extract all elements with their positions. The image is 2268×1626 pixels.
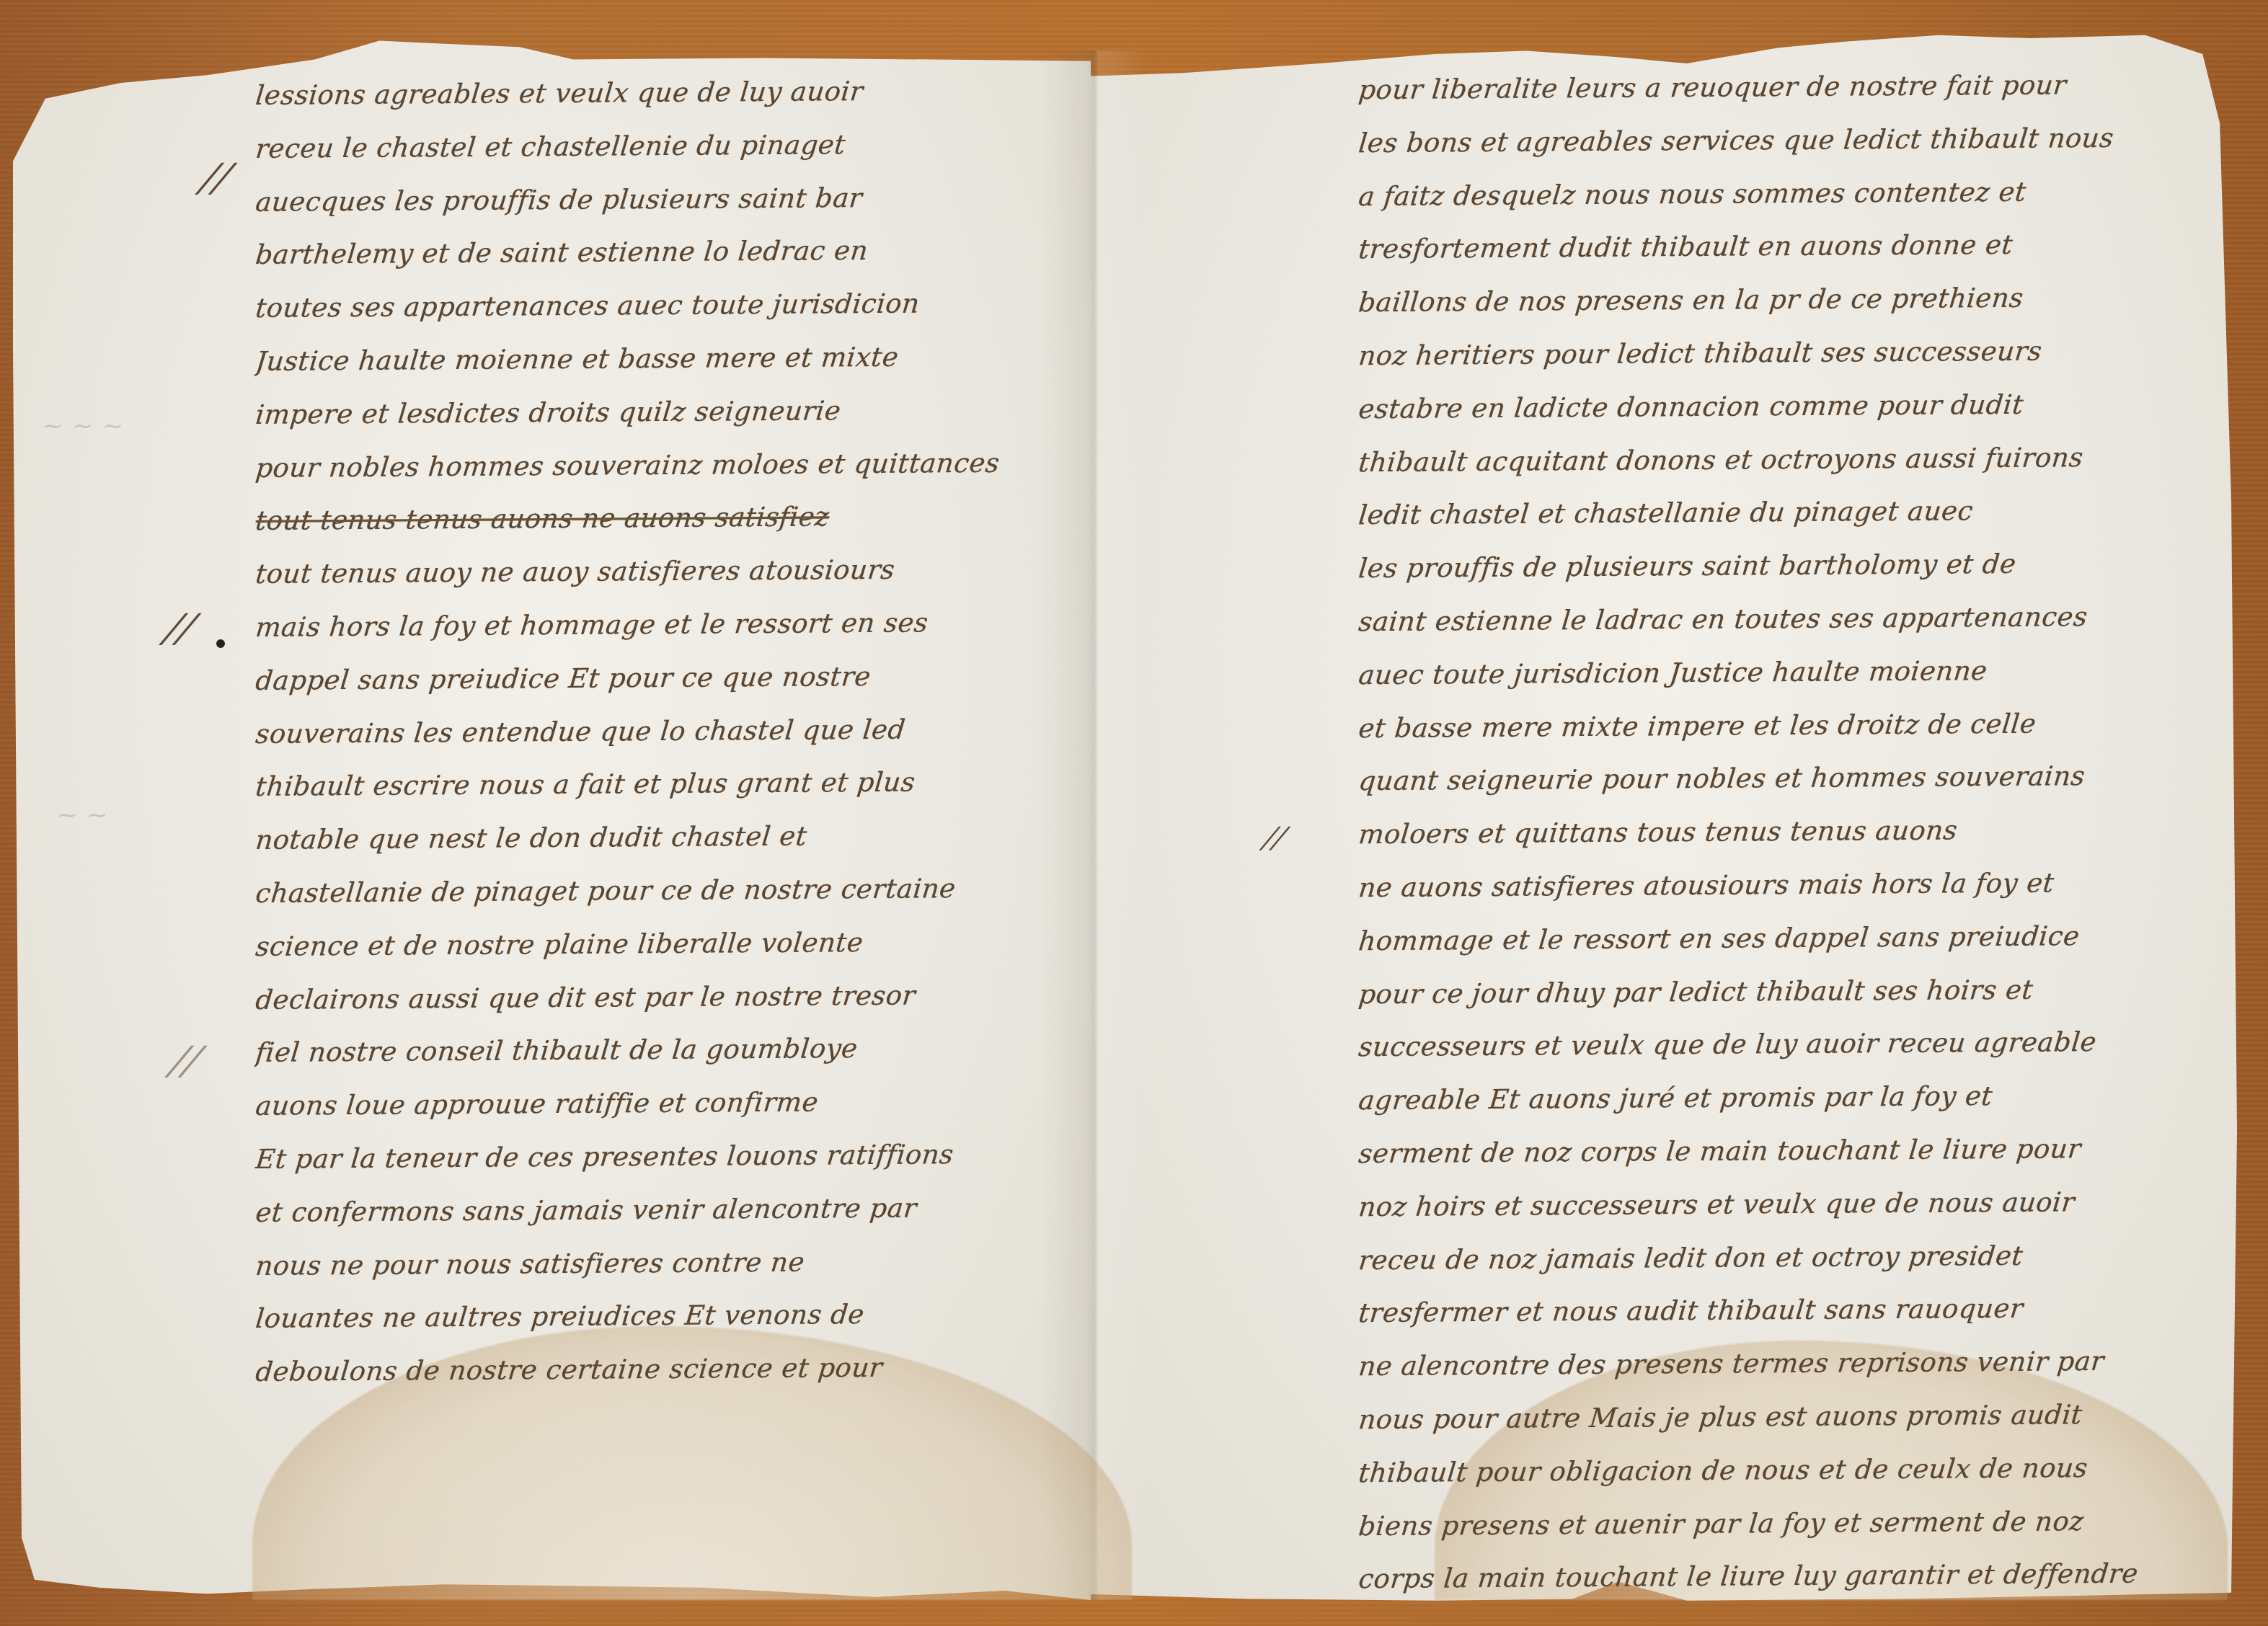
manuscript-line: et basse mere mixte impere et les droitz… [1356, 696, 2231, 755]
manuscript-line: baillons de nos presens en la pr de ce p… [1356, 270, 2231, 329]
manuscript-line: tresfortement dudit thibault en auons do… [1356, 217, 2231, 276]
ink-dot-mark [216, 639, 225, 648]
manuscript-line: moloers et quittans tous tenus tenus auo… [1356, 802, 2231, 861]
manuscript-line: ne alencontre des presens termes repriso… [1356, 1334, 2231, 1393]
manuscript-line: dappel sans preiudice Et pour ce que nos… [253, 649, 1073, 708]
manuscript-line: declairons aussi que dit est par le nost… [253, 968, 1073, 1027]
manuscript-line: hommage et le ressort en ses dappel sans… [1356, 909, 2231, 968]
manuscript-line: ne auons satisfieres atousiours mais hor… [1356, 856, 2231, 915]
manuscript-line: receu de noz jamais ledit don et octroy … [1356, 1227, 2231, 1287]
right-page-text-block: pour liberalite leurs a reuoquer de nost… [1359, 61, 2228, 1603]
manuscript-line: impere et lesdictes droits quilz seigneu… [253, 383, 1073, 442]
manuscript-line: tresfermer et nous audit thibault sans r… [1356, 1281, 2231, 1340]
manuscript-line: a faitz desquelz nous nous sommes conten… [1356, 164, 2231, 223]
show-through-ink: ~ ~ ~ [42, 411, 123, 440]
manuscript-line: souverains les entendue que lo chastel q… [253, 702, 1073, 761]
manuscript-line: estabre en ladicte donnacion comme pour … [1356, 377, 2231, 436]
manuscript-line: lessions agreables et veulx que de luy a… [253, 63, 1073, 123]
left-page-text-block: lessions agreables et veulx que de luy a… [256, 66, 1071, 1396]
manuscript-line: thibault pour obligacion de nous et de c… [1356, 1441, 2231, 1500]
manuscript-line: thibault escrire nous a fait et plus gra… [253, 755, 1073, 814]
manuscript-line: notable que nest le don dudit chastel et [253, 808, 1073, 867]
manuscript-line: ledit chastel et chastellanie du pinaget… [1356, 483, 2231, 542]
manuscript-line: noz hoirs et successeurs et veulx que de… [1356, 1175, 2231, 1234]
manuscript-line: louantes ne aultres preiudices Et venons… [253, 1287, 1073, 1346]
manuscript-line: auec toute jurisdicion Justice haulte mo… [1356, 643, 2231, 702]
manuscript-line: receu le chastel et chastellenie du pina… [253, 117, 1073, 176]
manuscript-line: saint estienne le ladrac en toutes ses a… [1356, 590, 2231, 649]
manuscript-line: barthelemy et de saint estienne lo ledra… [253, 223, 1073, 282]
manuscript-line: pour ce jour dhuy par ledict thibault se… [1356, 961, 2231, 1021]
manuscript-line-struck-through: tout tenus tenus auons ne auons satisfie… [253, 489, 1073, 548]
manuscript-line: nous ne pour nous satisfieres contre ne [253, 1234, 1073, 1293]
manuscript-line: pour nobles hommes souverainz moloes et … [253, 436, 1073, 495]
manuscript-line: thibault acquitant donons et octroyons a… [1356, 430, 2231, 489]
manuscript-line: corps la main touchant le liure luy gara… [1356, 1547, 2231, 1606]
manuscript-line: quant seigneurie pour nobles et hommes s… [1356, 749, 2231, 808]
manuscript-line: fiel nostre conseil thibault de la goumb… [253, 1021, 1073, 1080]
manuscript-line: agreable Et auons juré et promis par la … [1356, 1068, 2231, 1127]
manuscript-line: les prouffis de plusieurs saint bartholo… [1356, 536, 2231, 595]
manuscript-line: successeurs et veulx que de luy auoir re… [1356, 1015, 2231, 1074]
manuscript-line: science et de nostre plaine liberalle vo… [253, 915, 1073, 974]
manuscript-line: auecques les prouffis de plusieurs saint… [253, 170, 1073, 229]
manuscript-line: noz heritiers pour ledict thibault ses s… [1356, 324, 2231, 383]
manuscript-line: mais hors la foy et hommage et le ressor… [253, 595, 1073, 654]
manuscript-line: Justice haulte moienne et basse mere et … [253, 329, 1073, 388]
manuscript-line: Et par la teneur de ces presentes louons… [253, 1127, 1073, 1186]
manuscript-line: pour liberalite leurs a reuoquer de nost… [1356, 58, 2231, 117]
manuscript-line: deboulons de nostre certaine science et … [253, 1340, 1073, 1399]
manuscript-line: nous pour autre Mais je plus est auons p… [1356, 1387, 2231, 1447]
manuscript-line: serment de noz corps le main touchant le… [1356, 1121, 2231, 1181]
manuscript-line: biens presens et auenir par la foy et se… [1356, 1493, 2231, 1552]
manuscript-line: toutes ses appartenances auec toute juri… [253, 276, 1073, 335]
manuscript-line: auons loue approuue ratiffie et confirme [253, 1074, 1073, 1133]
manuscript-line: tout tenus auoy ne auoy satisfieres atou… [253, 542, 1073, 601]
show-through-ink: ~ ~ [56, 800, 108, 830]
manuscript-line: chastellanie de pinaget pour ce de nostr… [253, 861, 1073, 920]
manuscript-line: les bons et agreables services que ledic… [1356, 111, 2231, 170]
manuscript-line: et confermons sans jamais venir alencont… [253, 1181, 1073, 1240]
